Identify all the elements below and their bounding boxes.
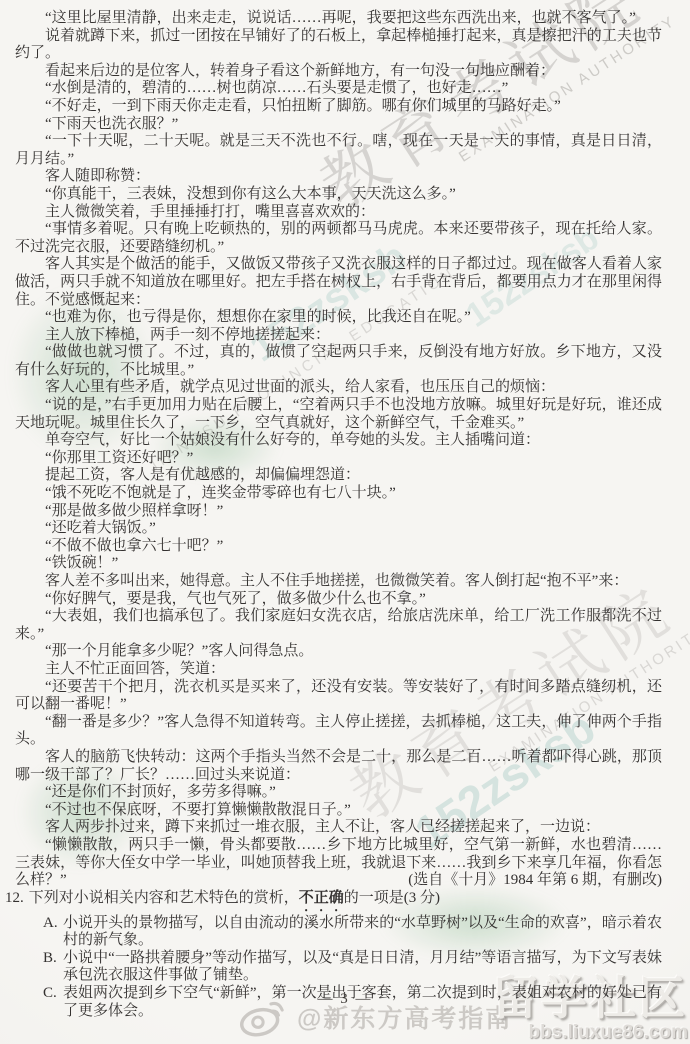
passage-paragraph: “水倒是清的，碧清的……树也荫凉……石头要是走惯了，也好走……” <box>15 80 662 98</box>
passage-paragraph: 客人两步扑过来，蹲下来抓过一堆衣服，主人不让，客人已经搓搓起来了，一边说： <box>15 819 662 837</box>
passage-paragraph: 主人微微笑着，手里捶捶打打，嘴里喜喜欢欢的： <box>15 204 662 222</box>
passage-paragraph: “那是做多做少照样拿呀！” <box>15 503 662 521</box>
exam-text: “这里比屋里清静，出来走走，说说话……再呢，我要把这些东西洗出来，也就不客气了。… <box>15 10 662 1020</box>
passage-paragraph: “下雨天也洗衣服？” <box>15 116 662 134</box>
passage-paragraph: 提起工资，客人是有优越感的，却偏偏埋怨道： <box>15 467 662 485</box>
question-number: 12. <box>5 890 24 906</box>
question-stem-after: 的一项是(3 分) <box>344 890 440 906</box>
passage-paragraph: “那一个月能拿多少呢？”客人问得急点。 <box>15 643 662 661</box>
passage-paragraph: 客人的脑筋飞快转动：这两个手指头当然不会是二十，那么是二百……听着都吓得心跳，那… <box>15 749 662 784</box>
option-a: A.小说开头的景物描写，以自由流动的溪水所带来的“水草野树”以及“生命的欢喜”，… <box>43 915 662 950</box>
passage-paragraph: “事情多着呢。只有晚上吃顿热的，别的两顿都马马虎虎。本来还要带孩子，现在托给人家… <box>15 221 662 256</box>
source-attribution: (选自《十月》1984 年第 6 期，有删改) <box>15 872 662 890</box>
option-b: B.小说中“一路拱着腰身”等动作描写，以及“真是日日清，月月结”等语言描写，为下… <box>43 950 662 985</box>
option-text: 小说开头的景物描写，以自由流动的溪水所带来的“水草野树”以及“生命的欢喜”，暗示… <box>63 915 662 949</box>
passage-paragraph: 客人其实是个做活的能手，又做饭又带孩子又洗衣服这样的日子都过过。现在做客人看着人… <box>15 256 662 309</box>
passage-paragraph: “翻一番是多少？”客人急得不知道转弯。主人停止搓搓，去抓棒槌，这工夫，伸了伸两个… <box>15 714 662 749</box>
passage-paragraph: “还要苦干个把月，洗衣机买是买来了，还没有安装。等安装好了，有时间多踏点缝纫机，… <box>15 679 662 714</box>
passage-paragraph: “铁饭碗！” <box>15 555 662 573</box>
passage-paragraph: 看起来后边的是位客人，转着身子看这个新鲜地方，有一句没一句地应酬着： <box>15 63 662 81</box>
passage-paragraph: “还吃着大锅饭。” <box>15 520 662 538</box>
question-stem-before: 下列对小说相关内容和艺术特色的赏析， <box>29 890 299 906</box>
option-label: B. <box>43 950 57 968</box>
passage: “这里比屋里清静，出来走走，说说话……再呢，我要把这些东西洗出来，也就不客气了。… <box>15 10 662 890</box>
passage-paragraph: “这里比屋里清静，出来走走，说说话……再呢，我要把这些东西洗出来，也就不客气了。… <box>15 10 662 28</box>
scanned-exam-page: 教育考试院 EXAMINATION AUTHORITY 教育考试院 EXAMIN… <box>0 0 690 1044</box>
passage-paragraph: “大表姐，我们也搞承包了。我们家庭妇女洗衣店，给旅店洗床单，给工厂洗工作服都洗不… <box>15 608 662 643</box>
passage-paragraph: 客人差不多叫出来，她得意。主人不住手地搓搓，也微微笑着。客人倒打起“抱不平”来： <box>15 573 662 591</box>
passage-paragraph: 单夸空气，好比一个姑娘没有什么好夸的，单夸她的头发。主人插嘴问道： <box>15 432 662 450</box>
option-label: A. <box>43 915 58 933</box>
passage-paragraph: “还是你们不封顶好，多劳多得嘛。” <box>15 784 662 802</box>
passage-paragraph: “你那里工资还好吧？” <box>15 450 662 468</box>
passage-paragraph: “你真能干，三表妹，没想到你有这么大本事，天天洗这么多。” <box>15 186 662 204</box>
question-stem: 12.下列对小说相关内容和艺术特色的赏析，不正确的一项是(3 分) <box>5 890 662 915</box>
passage-paragraph: 客人心里有些矛盾，就学点见过世面的派头，给人家看，也压压自己的烦恼： <box>15 379 662 397</box>
passage-paragraph: “做做也就习惯了。不过，真的，做惯了空起两只手来，反倒没有地方好放。乡下地方，又… <box>15 344 662 379</box>
passage-paragraph: “也难为你，也亏得是你，想想你在家里的时候，比我还自在呢。” <box>15 309 662 327</box>
page-number: — 3 — <box>0 991 690 1008</box>
passage-paragraph: 说着就蹲下来，抓过一团按在早铺好了的石板上，拿起棒槌捶打起来，真是擦把汗的工夫也… <box>15 28 662 63</box>
passage-paragraph: “饿不死吃不饱就是了，连奖金带零碎也有七八十块。” <box>15 485 662 503</box>
passage-paragraph: “说的是，”右手更加用力贴在后腰上，“空着两只手不也没地方放嘛。城里好玩是好玩，… <box>15 397 662 432</box>
passage-paragraph: “你好脾气，要是我，气也气死了，做多做少什么也不拿。” <box>15 591 662 609</box>
passage-paragraph: 主人放下棒槌，两手一刻不停地搓搓起来： <box>15 327 662 345</box>
passage-paragraph: “一下十天呢，二十天呢。就是三天不洗也不行。嗐，现在一天是一天的事情，真是日日清… <box>15 133 662 168</box>
question-stem-emphasis: 不正确 <box>299 890 344 906</box>
passage-paragraph: “不做不做也拿六七十吧？” <box>15 538 662 556</box>
passage-paragraph: “不好走，一到下雨天你走走看，只怕扭断了脚筋。哪有你们城里的马路好走。” <box>15 98 662 116</box>
community-logo-url: bbs.liuxue86.com <box>492 1023 688 1042</box>
passage-paragraph: 客人随即称赞： <box>15 168 662 186</box>
passage-paragraph: 主人不忙正面回答，笑道： <box>15 661 662 679</box>
option-text: 小说中“一路拱着腰身”等动作描写，以及“真是日日清，月月结”等语言描写，为下文写… <box>63 950 662 984</box>
passage-paragraph: “不过也不保底呀，不要打算懒懒散散混日子。” <box>15 802 662 820</box>
